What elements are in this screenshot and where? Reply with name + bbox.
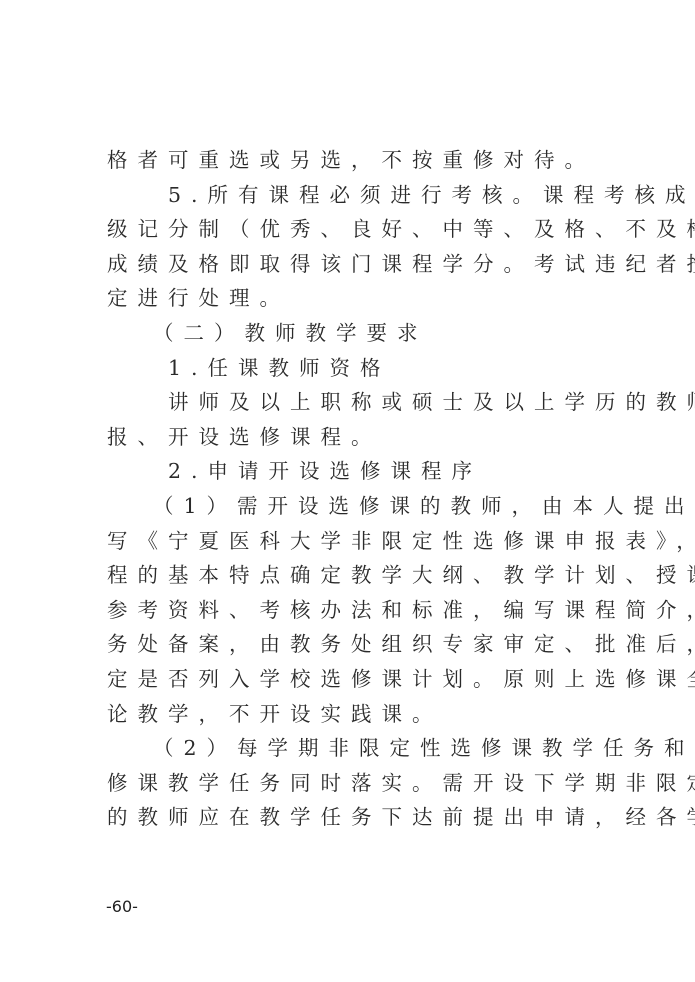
document-body: 格者可重选或另选，不按重修对待。 5.所有课程必须进行考核。课程考核成绩采取五 … bbox=[107, 143, 597, 835]
paragraph-line: 写《宁夏医科大学非限定性选修课申报表》，按照该课 bbox=[107, 524, 597, 559]
paragraph-line: 报、开设选修课程。 bbox=[107, 420, 597, 455]
paragraph-line: 定进行处理。 bbox=[107, 281, 597, 316]
section-heading: （二）教师教学要求 bbox=[107, 316, 597, 351]
paragraph-line: 参考资料、考核办法和标准，编写课程简介，提交教 bbox=[107, 593, 597, 628]
paragraph-line: （1）需开设选修课的教师，由本人提出申请并填 bbox=[107, 489, 597, 524]
paragraph-line: 修课教学任务同时落实。需开设下学期非限定选修课 bbox=[107, 766, 597, 801]
paragraph-line: 程的基本特点确定教学大纲、教学计划、授课教材或 bbox=[107, 558, 597, 593]
paragraph-line: （2）每学期非限定性选修课教学任务和各学期必 bbox=[107, 731, 597, 766]
page-number: -60- bbox=[106, 897, 138, 916]
paragraph-line: 5.所有课程必须进行考核。课程考核成绩采取五 bbox=[107, 178, 597, 213]
document-page: 格者可重选或另选，不按重修对待。 5.所有课程必须进行考核。课程考核成绩采取五 … bbox=[0, 0, 695, 982]
paragraph-line: 级记分制（优秀、良好、中等、及格、不及格）。考核 bbox=[107, 212, 597, 247]
subheading: 1.任课教师资格 bbox=[107, 351, 597, 386]
subheading: 2.申请开设选修课程序 bbox=[107, 454, 597, 489]
paragraph-line: 定是否列入学校选修课计划。原则上选修课全部为理 bbox=[107, 662, 597, 697]
paragraph-line: 格者可重选或另选，不按重修对待。 bbox=[107, 143, 597, 178]
paragraph-line: 务处备案，由教务处组织专家审定、批准后，方可确 bbox=[107, 627, 597, 662]
paragraph-line: 讲师及以上职称或硕士及以上学历的教师均可申 bbox=[107, 385, 597, 420]
paragraph-line: 论教学，不开设实践课。 bbox=[107, 697, 597, 732]
paragraph-line: 的教师应在教学任务下达前提出申请，经各学院、部 bbox=[107, 800, 597, 835]
paragraph-line: 成绩及格即取得该门课程学分。考试违纪者按学校规 bbox=[107, 247, 597, 282]
